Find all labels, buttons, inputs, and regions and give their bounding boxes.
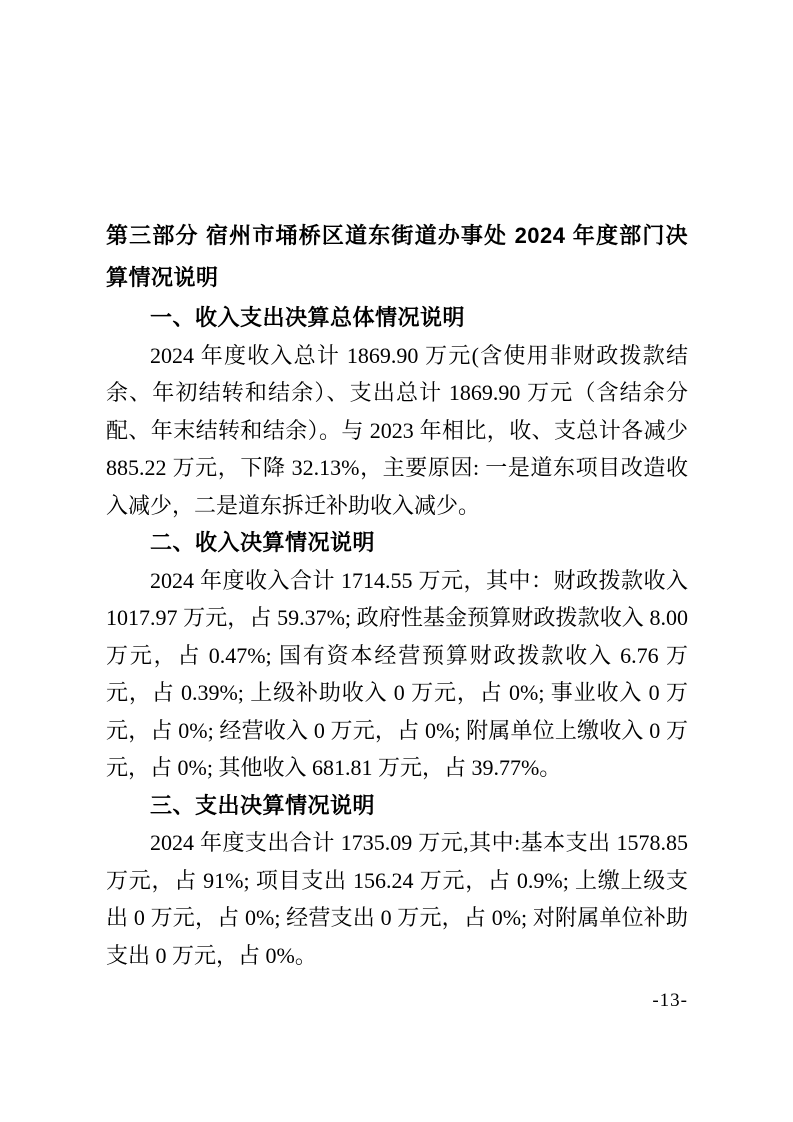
section-income-expenditure-overview: 一、收入支出决算总体情况说明 2024 年度收入总计 1869.90 万元(含使… <box>106 299 688 524</box>
document-title: 第三部分 宿州市埇桥区道东街道办事处 2024 年度部门决算情况说明 <box>106 215 688 299</box>
section-1-heading: 一、收入支出决算总体情况说明 <box>106 299 688 337</box>
section-1-paragraph: 2024 年度收入总计 1869.90 万元(含使用非财政拨款结余、年初结转和结… <box>106 337 688 525</box>
document-page: 第三部分 宿州市埇桥区道东街道办事处 2024 年度部门决算情况说明 一、收入支… <box>0 0 793 1122</box>
section-2-paragraph: 2024 年度收入合计 1714.55 万元，其中：财政拨款收入 1017.97… <box>106 562 688 787</box>
section-3-heading: 三、支出决算情况说明 <box>106 787 688 825</box>
section-expenditure-details: 三、支出决算情况说明 2024 年度支出合计 1735.09 万元,其中:基本支… <box>106 787 688 975</box>
page-number: -13- <box>652 990 688 1012</box>
section-3-paragraph: 2024 年度支出合计 1735.09 万元,其中:基本支出 1578.85 万… <box>106 824 688 974</box>
document-content: 第三部分 宿州市埇桥区道东街道办事处 2024 年度部门决算情况说明 一、收入支… <box>106 0 688 974</box>
section-income-details: 二、收入决算情况说明 2024 年度收入合计 1714.55 万元，其中：财政拨… <box>106 524 688 787</box>
section-2-heading: 二、收入决算情况说明 <box>106 524 688 562</box>
